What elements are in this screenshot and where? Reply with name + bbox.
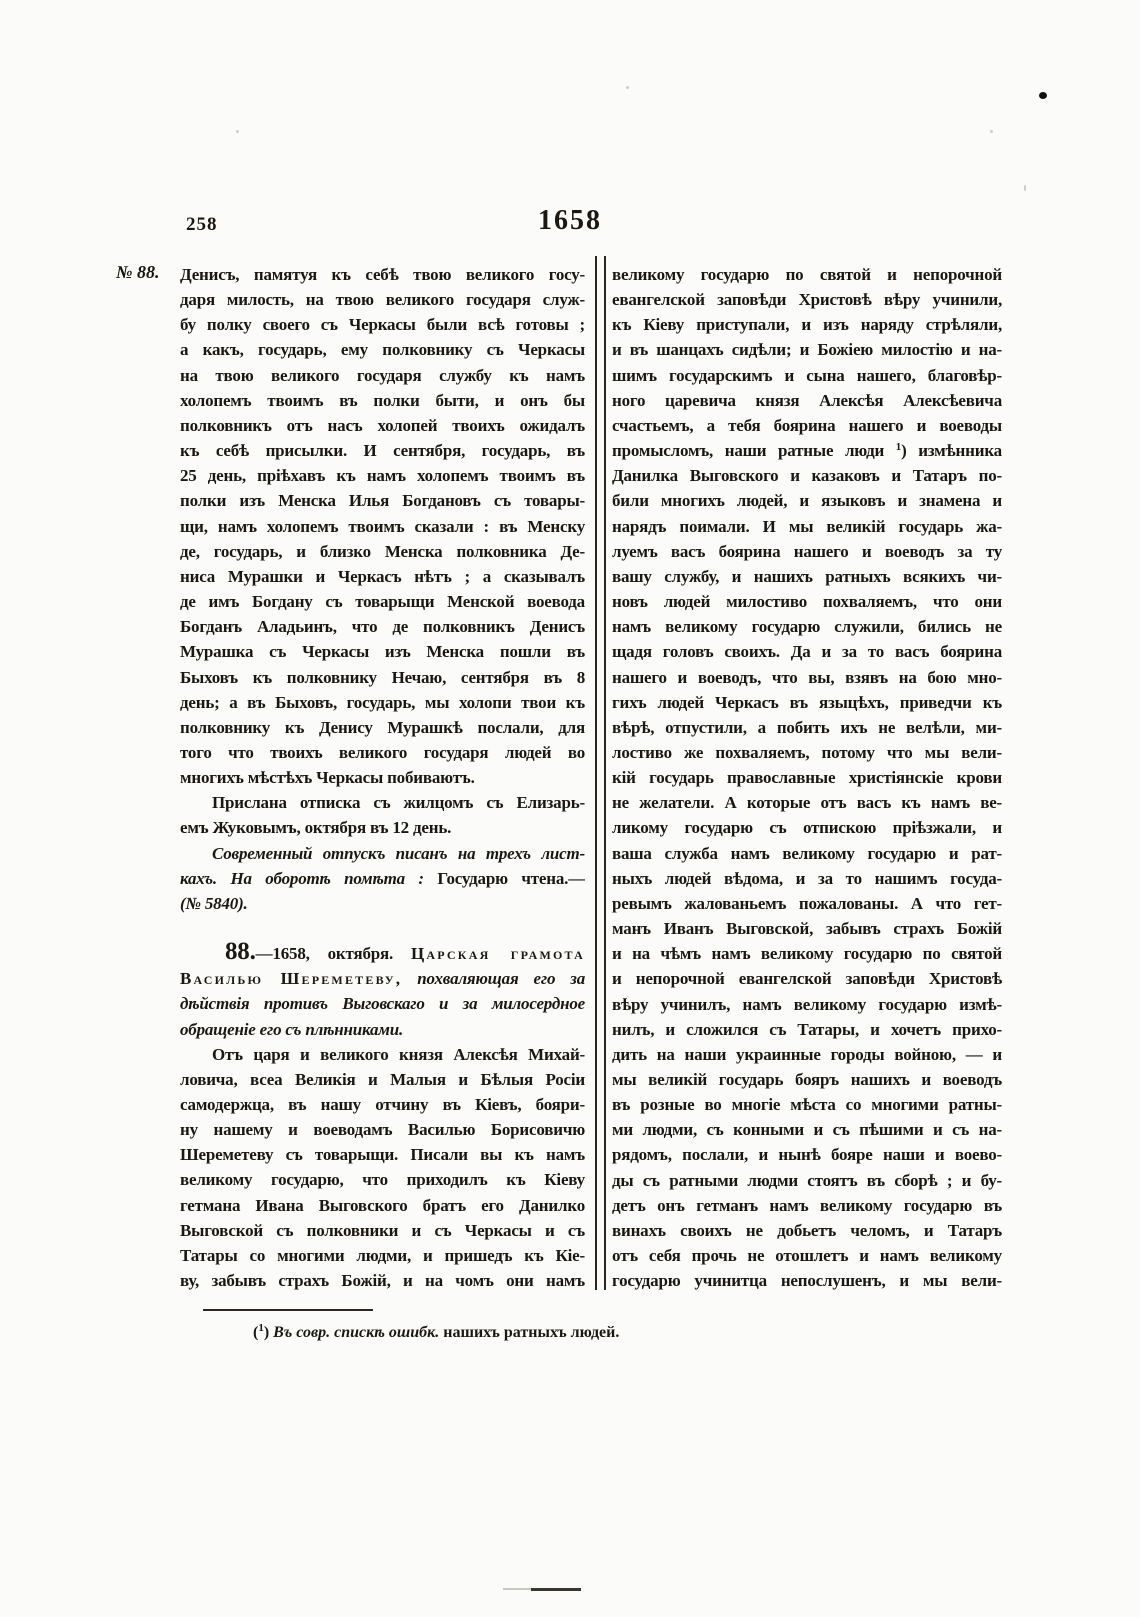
text-line: луемъ васъ боярина нашего и воеводъ за т… xyxy=(612,539,1002,564)
text-segment: детъ онъ гетманъ намъ великому государю … xyxy=(612,1196,1002,1215)
text-segment: и непорочной евангелской заповѣди Христо… xyxy=(612,969,1002,988)
text-segment: емъ Жуковымъ, октября въ 12 день. xyxy=(180,818,451,837)
text-segment: полковникъ отъ насъ холопей твоихъ ожида… xyxy=(180,416,585,435)
text-line: обращеніе его съ плѣнниками. xyxy=(180,1017,585,1042)
text-line: и непорочной евангелской заповѣди Христо… xyxy=(612,966,1002,991)
text-line: 25 день, пріѣхавъ къ намъ холопемъ твоим… xyxy=(180,463,585,488)
text-segment: Выговской съ полковники и съ Черкасы и с… xyxy=(180,1221,585,1240)
text-segment: а какъ, государь, ему полковнику съ Черк… xyxy=(180,340,585,359)
text-line: день; а въ Быховъ, государь, мы холопи т… xyxy=(180,690,585,715)
text-line: нашего и воеводъ, что вы, взявъ на бою м… xyxy=(612,665,1002,690)
text-segment: и въ шанцахъ сидѣли; и Божіею милостію и… xyxy=(612,340,1002,359)
text-segment: государю учинитца непослушенъ, и мы вели… xyxy=(612,1271,1002,1290)
scan-speck xyxy=(236,130,239,133)
text-line: вѣрѣ, отпустили, а побить ихъ не велѣли,… xyxy=(612,715,1002,740)
footnote: (1) Въ совр. спискѣ ошибк. нашихъ ратных… xyxy=(253,1322,853,1344)
text-line: (№ 5840). xyxy=(180,891,585,916)
scanned-book-page: 258 1658 № 88. Денисъ, памятуя къ себѣ т… xyxy=(0,0,1140,1617)
text-segment: лостиво же похваляемъ, потому что мы вел… xyxy=(612,743,1002,762)
text-line: рядомъ, послали, и нынѣ бояре наши и вое… xyxy=(612,1142,1002,1167)
text-line: самодержца, въ нашу отчину въ Кіевъ, боя… xyxy=(180,1092,585,1117)
text-segment: луемъ васъ боярина нашего и воеводъ за т… xyxy=(612,542,1002,561)
text-segment: вашу службу, и нашихъ ратныхъ всякихъ чи… xyxy=(612,567,1002,586)
text-segment: (№ 5840). xyxy=(180,894,248,913)
text-segment: дѣйствія противъ Выговскаго и за милосер… xyxy=(180,994,585,1013)
text-line: въ розные во многіе мѣста со многими рат… xyxy=(612,1092,1002,1117)
text-line: дить на наши украинные городы войною, — … xyxy=(612,1042,1002,1067)
text-line: щадя головъ своихъ. Да и за то васъ бояр… xyxy=(612,639,1002,664)
text-line: промысломъ, наши ратные люди 1) измѣнник… xyxy=(612,438,1002,463)
scan-speck xyxy=(990,130,993,133)
column-divider-rule xyxy=(595,256,606,1290)
text-segment: холопемъ твоимъ въ полки быти, и онъ бы xyxy=(180,391,585,410)
text-line: евангелской заповѣди Христовѣ вѣру учини… xyxy=(612,287,1002,312)
text-segment: ного царевича князя Алексѣя Алексѣевича xyxy=(612,391,1002,410)
text-segment: многихъ мѣстѣхъ Черкасы побиваютъ. xyxy=(180,768,475,787)
text-line: къ себѣ присылки. И сентября, государь, … xyxy=(180,438,585,463)
text-line: и въ шанцахъ сидѣли; и Божіею милостію и… xyxy=(612,337,1002,362)
text-segment: ревымъ жалованьемъ пожалованы. А что гет… xyxy=(612,894,1002,913)
text-line: полки изъ Менска Илья Богдановъ съ товар… xyxy=(180,488,585,513)
year-running-header: 1658 xyxy=(0,205,1140,237)
left-text-column: Денисъ, памятуя къ себѣ твою великого го… xyxy=(180,262,585,1293)
text-segment: Данилка Выговского и казаковъ и Татаръ п… xyxy=(612,466,1002,485)
text-segment: де, государь, и близко Менска полковника… xyxy=(180,542,585,561)
text-line: щи, намъ холопемъ твоимъ сказали : въ Ме… xyxy=(180,514,585,539)
text-segment: самодержца, въ нашу отчину въ Кіевъ, боя… xyxy=(180,1095,585,1114)
text-segment: Быховъ къ полковнику Нечаю, сентября въ … xyxy=(180,668,585,687)
text-segment: обращеніе его съ плѣнниками. xyxy=(180,1020,403,1039)
text-line: даря милость, на твою великого государя … xyxy=(180,287,585,312)
text-line: Быховъ къ полковнику Нечаю, сентября въ … xyxy=(180,665,585,690)
scan-dash-artifact-light xyxy=(503,1588,531,1590)
text-line: Василью Шереметеву, похваляющая его за xyxy=(180,966,585,991)
text-line: на твою великого государя службу къ намъ xyxy=(180,363,585,388)
text-line: ниса Мурашки и Черкасъ нѣтъ ; а сказывал… xyxy=(180,564,585,589)
text-segment: мы великій государь бояръ нашихъ и воево… xyxy=(612,1070,1002,1089)
text-segment: щи, намъ холопемъ твоимъ сказали : въ Ме… xyxy=(180,517,585,536)
scan-dash-artifact xyxy=(531,1588,581,1591)
text-segment: ну нашему и воеводамъ Василью Борисовичю xyxy=(180,1120,585,1139)
text-segment: винахъ своихъ не добьетъ челомъ, и Татар… xyxy=(612,1221,1002,1240)
text-line: дѣйствія противъ Выговскаго и за милосер… xyxy=(180,991,585,1016)
text-segment: гетмана Ивана Выговского братъ его Данил… xyxy=(180,1196,585,1215)
text-segment: на твою великого государя службу къ намъ xyxy=(180,366,585,385)
text-segment: ) xyxy=(264,1324,273,1341)
text-line: нилъ, и сложился съ Татары, и хочетъ при… xyxy=(612,1017,1002,1042)
text-line: Современный отпускъ писанъ на трехъ лист… xyxy=(180,841,585,866)
text-line: ваша служба намъ великому государю и рат… xyxy=(612,841,1002,866)
text-line: того что твоихъ великого государя людей … xyxy=(180,740,585,765)
text-line: детъ онъ гетманъ намъ великому государю … xyxy=(612,1193,1002,1218)
scan-speck xyxy=(1024,185,1026,191)
text-segment: ву, забывъ страхъ Божій, и на чомъ они н… xyxy=(180,1271,585,1290)
text-line: а какъ, государь, ему полковнику съ Черк… xyxy=(180,337,585,362)
text-line: ныхъ людей вѣдома, и за то нашимъ госуда… xyxy=(612,866,1002,891)
text-segment: ликому государю съ отпискою пріѣзжали, и xyxy=(612,818,1002,837)
text-line: Мурашка съ Черкасы изъ Менска пошли въ xyxy=(180,639,585,664)
text-segment: день; а въ Быховъ, государь, мы холопи т… xyxy=(180,693,585,712)
text-line: Богданъ Аладьинъ, что де полковникъ Дени… xyxy=(180,614,585,639)
text-segment: 25 день, пріѣхавъ къ намъ холопемъ твоим… xyxy=(180,466,585,485)
text-line: холопемъ твоимъ въ полки быти, и онъ бы xyxy=(180,388,585,413)
text-segment: въ розные во многіе мѣста со многими рат… xyxy=(612,1095,1002,1114)
text-segment: ) измѣнника xyxy=(901,441,1002,460)
text-line: ву, забывъ страхъ Божій, и на чомъ они н… xyxy=(180,1268,585,1293)
text-segment: шимъ государскимъ и сына нашего, благовѣ… xyxy=(612,366,1002,385)
text-segment: и на чѣмъ намъ великому государю по свят… xyxy=(612,944,1002,963)
text-segment: дить на наши украинные городы войною, — … xyxy=(612,1045,1002,1064)
text-line: емъ Жуковымъ, октября въ 12 день. xyxy=(180,815,585,840)
text-segment: ды съ ратными людми стоятъ въ сборѣ ; и … xyxy=(612,1171,1002,1190)
text-segment: полки изъ Менска Илья Богдановъ съ товар… xyxy=(180,491,585,510)
text-line: Данилка Выговского и казаковъ и Татаръ п… xyxy=(612,463,1002,488)
text-line: полковнику къ Денису Мурашкѣ послали, дл… xyxy=(180,715,585,740)
scan-speck xyxy=(626,86,629,89)
text-line: отъ себя прочь не отошлетъ и намъ велико… xyxy=(612,1243,1002,1268)
text-segment: отъ себя прочь не отошлетъ и намъ велико… xyxy=(612,1246,1002,1265)
text-segment: евангелской заповѣди Христовѣ вѣру учини… xyxy=(612,290,1002,309)
right-text-column: великому государю по святой и непорочной… xyxy=(612,262,1002,1293)
text-segment: Прислана отписка съ жилцомъ съ Елизарь- xyxy=(212,793,585,812)
text-line: вашу службу, и нашихъ ратныхъ всякихъ чи… xyxy=(612,564,1002,589)
text-segment: намъ великому государю служили, бились н… xyxy=(612,617,1002,636)
text-segment: Василью Шереметеву, xyxy=(180,969,402,988)
text-segment: манъ Иванъ Выговской, забывъ страхъ Божі… xyxy=(612,919,1002,938)
text-segment: гихъ людей Черкасъ въ языцѣхъ, приведчи … xyxy=(612,693,1002,712)
text-segment: ниса Мурашки и Черкасъ нѣтъ ; а сказывал… xyxy=(180,567,585,586)
text-segment: нарядъ поимали. И мы великій государь жа… xyxy=(612,517,1002,536)
text-line: шимъ государскимъ и сына нашего, благовѣ… xyxy=(612,363,1002,388)
text-segment: кій государь православные христіянскіе к… xyxy=(612,768,1002,787)
margin-document-number: № 88. xyxy=(116,262,159,283)
text-segment: Государю чтена.— xyxy=(424,869,585,888)
text-segment: нилъ, и сложился съ Татары, и хочетъ при… xyxy=(612,1020,1002,1039)
text-segment: нашихъ ратныхъ людей. xyxy=(439,1324,619,1341)
text-segment: ми людми, съ конными и съ пѣшими и съ на… xyxy=(612,1120,1002,1139)
text-segment: вѣрѣ, отпустили, а побить ихъ не велѣли,… xyxy=(612,718,1002,737)
ink-spot-artifact xyxy=(1039,92,1047,99)
text-line: де, государь, и близко Менска полковника… xyxy=(180,539,585,564)
text-segment: промысломъ, наши ратные люди xyxy=(612,441,896,460)
text-segment: великому государю, что приходилъ къ Кіев… xyxy=(180,1170,585,1189)
text-line: нарядъ поимали. И мы великій государь жа… xyxy=(612,514,1002,539)
text-segment: щадя головъ своихъ. Да и за то васъ бояр… xyxy=(612,642,1002,661)
text-line: кій государь православные христіянскіе к… xyxy=(612,765,1002,790)
text-line: гетмана Ивана Выговского братъ его Данил… xyxy=(180,1193,585,1218)
text-line: манъ Иванъ Выговской, забывъ страхъ Божі… xyxy=(612,916,1002,941)
text-segment: кахъ. На оборотѣ помѣта : xyxy=(180,869,424,888)
text-segment: били многихъ людей, и языковъ и знамена … xyxy=(612,491,1002,510)
footnote-separator-rule xyxy=(203,1309,373,1311)
text-segment: Современный отпускъ писанъ на трехъ лист… xyxy=(212,844,585,863)
text-segment: —1658, октября. xyxy=(256,944,411,963)
text-line: новъ людей милостиво похваляемъ, что они xyxy=(612,589,1002,614)
text-segment: нашего и воеводъ, что вы, взявъ на бою м… xyxy=(612,668,1002,687)
text-line: счастьемъ, а тебя боярина нашего и воево… xyxy=(612,413,1002,438)
text-line: многихъ мѣстѣхъ Черкасы побиваютъ. xyxy=(180,765,585,790)
text-segment: счастьемъ, а тебя боярина нашего и воево… xyxy=(612,416,1002,435)
text-line: намъ великому государю служили, бились н… xyxy=(612,614,1002,639)
text-line: ревымъ жалованьемъ пожалованы. А что гет… xyxy=(612,891,1002,916)
text-line: мы великій государь бояръ нашихъ и воево… xyxy=(612,1067,1002,1092)
text-line: ну нашему и воеводамъ Василью Борисовичю xyxy=(180,1117,585,1142)
text-segment: Богданъ Аладьинъ, что де полковникъ Дени… xyxy=(180,617,585,636)
text-segment: не желатели. А которые отъ васъ къ намъ … xyxy=(612,793,1002,812)
text-line: гихъ людей Черкасъ въ языцѣхъ, приведчи … xyxy=(612,690,1002,715)
text-line: великому государю по святой и непорочной xyxy=(612,262,1002,287)
text-line: ды съ ратными людми стоятъ въ сборѣ ; и … xyxy=(612,1168,1002,1193)
text-line: (1) Въ совр. спискѣ ошибк. нашихъ ратных… xyxy=(253,1322,853,1344)
text-line: били многихъ людей, и языковъ и знамена … xyxy=(612,488,1002,513)
text-segment: Татары со многими людми, и пришедъ къ Кі… xyxy=(180,1246,585,1265)
text-line: Прислана отписка съ жилцомъ съ Елизарь- xyxy=(180,790,585,815)
text-line: Татары со многими людми, и пришедъ къ Кі… xyxy=(180,1243,585,1268)
text-segment: рядомъ, послали, и нынѣ бояре наши и вое… xyxy=(612,1145,1002,1164)
text-line: и на чѣмъ намъ великому государю по свят… xyxy=(612,941,1002,966)
text-segment: похваляющая его за xyxy=(402,969,585,988)
text-segment: къ Кіеву приступали, и изъ наряду стрѣля… xyxy=(612,315,1002,334)
text-line: ликому государю съ отпискою пріѣзжали, и xyxy=(612,815,1002,840)
text-line: лостиво же похваляемъ, потому что мы вел… xyxy=(612,740,1002,765)
text-line: къ Кіеву приступали, и изъ наряду стрѣля… xyxy=(612,312,1002,337)
text-line: великому государю, что приходилъ къ Кіев… xyxy=(180,1167,585,1192)
text-segment: ловича, всеа Великія и Малыя и Бѣлыя Рос… xyxy=(180,1070,585,1089)
text-line: полковникъ отъ насъ холопей твоихъ ожида… xyxy=(180,413,585,438)
text-line: ного царевича князя Алексѣя Алексѣевича xyxy=(612,388,1002,413)
text-segment: новъ людей милостиво похваляемъ, что они xyxy=(612,592,1002,611)
text-segment: ныхъ людей вѣдома, и за то нашимъ госуда… xyxy=(612,869,1002,888)
text-line: не желатели. А которые отъ васъ къ намъ … xyxy=(612,790,1002,815)
text-segment: того что твоихъ великого государя людей … xyxy=(180,743,585,762)
text-segment: великому государю по святой и непорочной xyxy=(612,265,1002,284)
text-line: бу полку своего съ Черкасы были всѣ гото… xyxy=(180,312,585,337)
text-line: Денисъ, памятуя къ себѣ твою великого го… xyxy=(180,262,585,287)
text-segment: Отъ царя и великого князя Алексѣя Михай- xyxy=(212,1045,585,1064)
text-line: ловича, всеа Великія и Малыя и Бѣлыя Рос… xyxy=(180,1067,585,1092)
text-segment: бу полку своего съ Черкасы были всѣ гото… xyxy=(180,315,585,334)
text-segment: де имъ Богдану съ товарыщи Менской воево… xyxy=(180,592,585,611)
text-segment: Въ совр. спискѣ ошибк. xyxy=(273,1324,439,1341)
text-segment: даря милость, на твою великого государя … xyxy=(180,290,585,309)
text-segment: 88. xyxy=(225,938,256,965)
text-line: де имъ Богдану съ товарыщи Менской воево… xyxy=(180,589,585,614)
text-line: 88.—1658, октября. Царская грамота xyxy=(180,941,585,966)
text-segment: къ себѣ присылки. И сентября, государь, … xyxy=(180,441,585,460)
text-line: винахъ своихъ не добьетъ челомъ, и Татар… xyxy=(612,1218,1002,1243)
text-line: Отъ царя и великого князя Алексѣя Михай- xyxy=(180,1042,585,1067)
text-segment: полковнику къ Денису Мурашкѣ послали, дл… xyxy=(180,718,585,737)
text-line: ми людми, съ конными и съ пѣшими и съ на… xyxy=(612,1117,1002,1142)
text-segment: Царская грамота xyxy=(411,944,585,963)
text-line: Шереметеву съ товарыщи. Писали вы къ нам… xyxy=(180,1142,585,1167)
text-segment: Денисъ, памятуя къ себѣ твою великого го… xyxy=(180,265,585,284)
text-segment: ваша служба намъ великому государю и рат… xyxy=(612,844,1002,863)
text-line: государю учинитца непослушенъ, и мы вели… xyxy=(612,1268,1002,1293)
text-line: Выговской съ полковники и съ Черкасы и с… xyxy=(180,1218,585,1243)
text-segment: Шереметеву съ товарыщи. Писали вы къ нам… xyxy=(180,1145,585,1164)
text-segment: вѣру учинилъ, намъ великому государю изм… xyxy=(612,995,1002,1014)
text-line: кахъ. На оборотѣ помѣта : Государю чтена… xyxy=(180,866,585,891)
text-segment: Мурашка съ Черкасы изъ Менска пошли въ xyxy=(180,642,585,661)
text-line: вѣру учинилъ, намъ великому государю изм… xyxy=(612,992,1002,1017)
